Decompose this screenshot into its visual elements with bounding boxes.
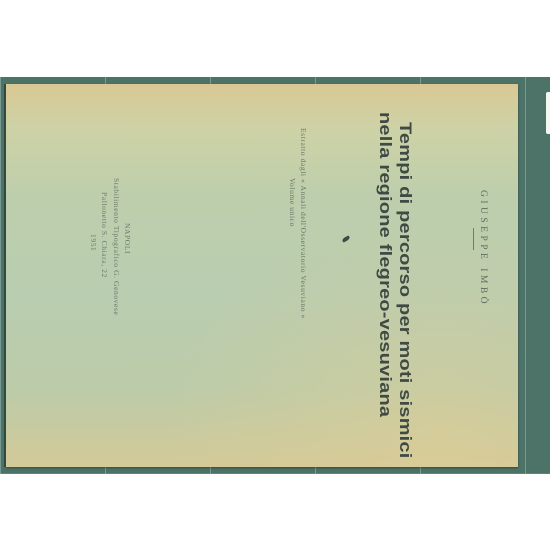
title-line-1: Tempi di percorso per moti sismici bbox=[395, 122, 414, 459]
publisher-address: Pallonetto S. Chiara, 22 bbox=[100, 192, 109, 278]
author-name: GIUSEPPE IMBÒ bbox=[478, 190, 488, 307]
extract-note: Estratto dagli « Annali dell'Osservatori… bbox=[299, 128, 308, 319]
paper-tab bbox=[546, 92, 550, 134]
title-line-2: nella regione flegreo-vesuviana bbox=[375, 112, 394, 417]
volume-label: Volume unico bbox=[288, 178, 297, 227]
author-rule-divider bbox=[473, 228, 474, 250]
publication-year: 1951 bbox=[89, 234, 98, 251]
publisher-city: NAPOLI bbox=[123, 223, 132, 254]
publisher-press: Stabilimento Tipografico G. Genovese bbox=[112, 178, 121, 315]
document-cover bbox=[6, 84, 518, 467]
